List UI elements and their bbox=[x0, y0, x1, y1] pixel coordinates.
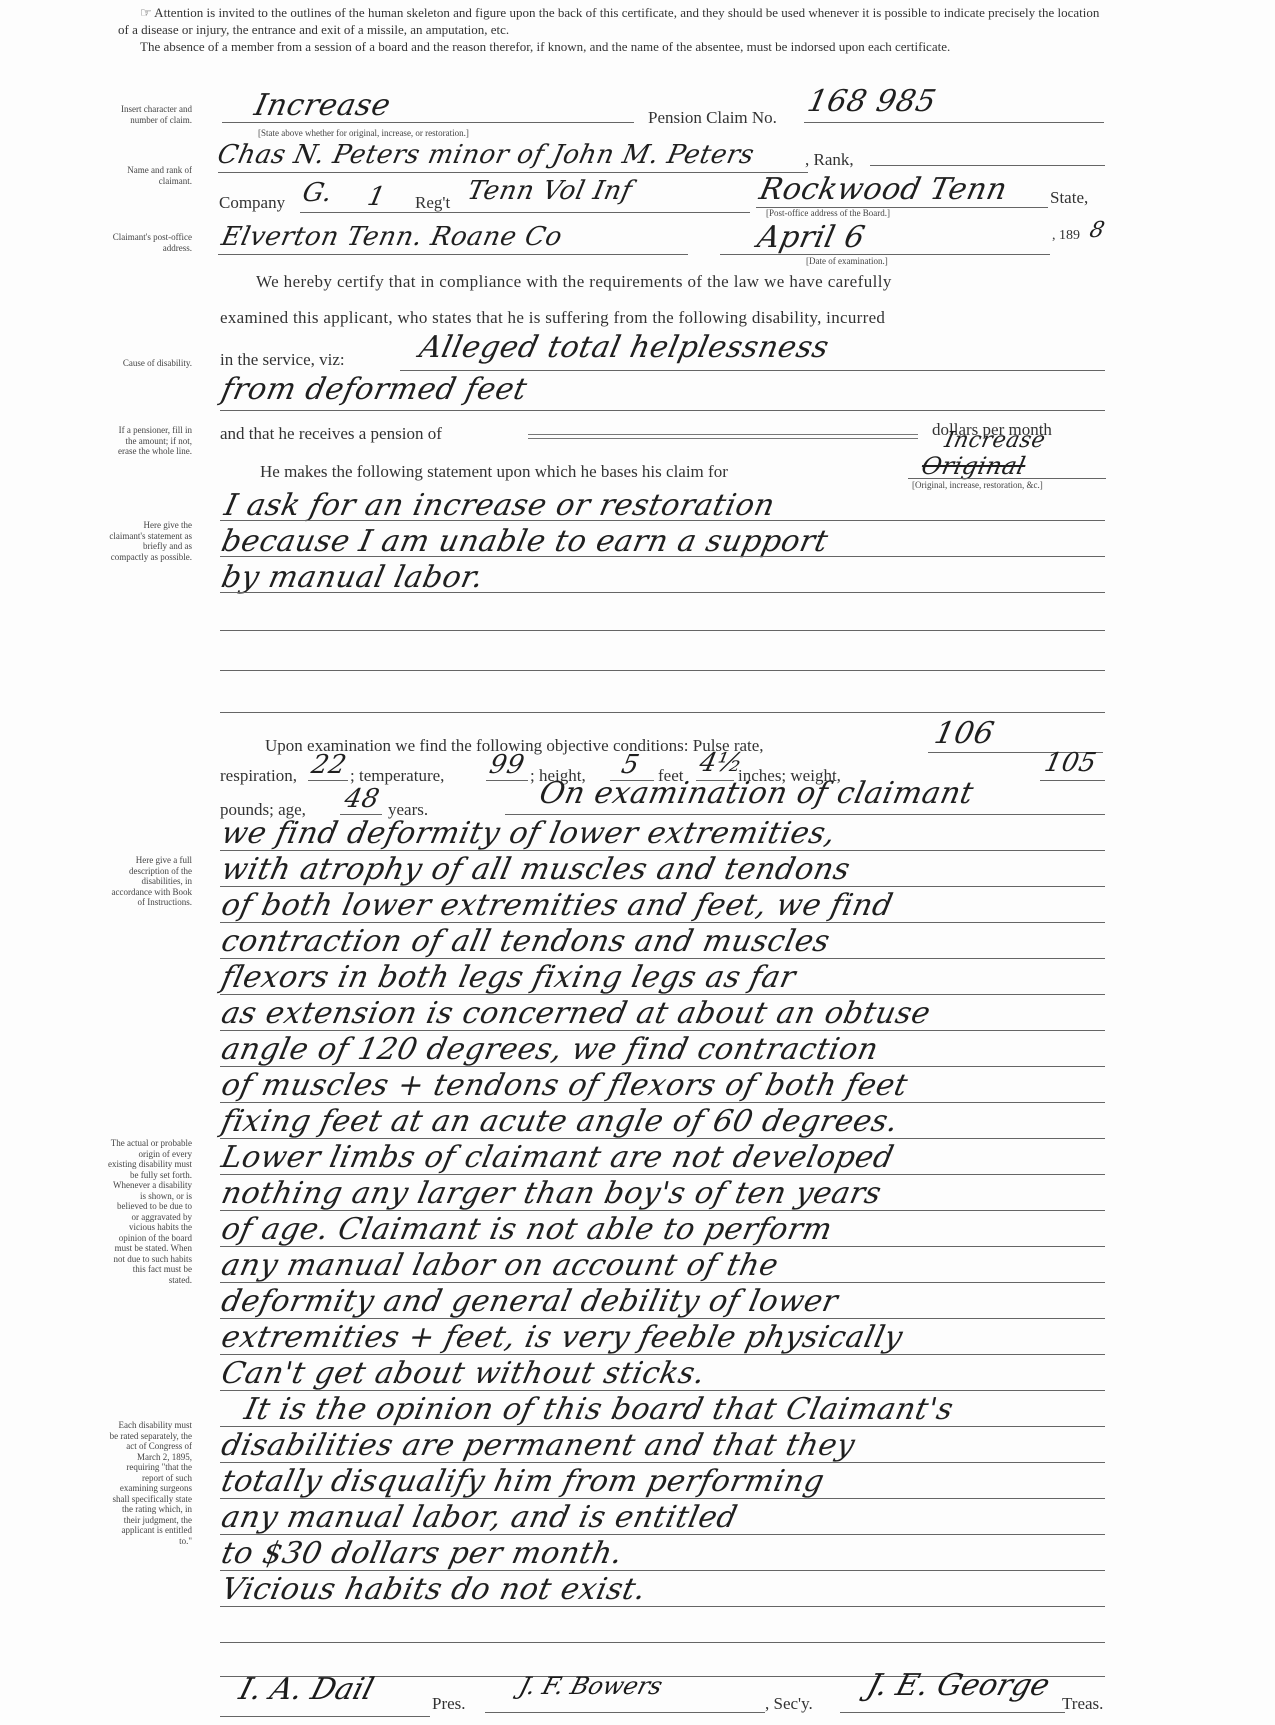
weight-rule bbox=[1040, 780, 1105, 781]
temperature-label: ; temperature, bbox=[350, 766, 444, 786]
treasurer-signature: J. E. George bbox=[863, 1668, 1053, 1703]
finding-line: deformity and general debility of lower bbox=[218, 1284, 841, 1319]
statement-rule bbox=[220, 670, 1105, 671]
finding-line: of both lower extremities and feet, we f… bbox=[218, 888, 896, 923]
pension-amount-rule bbox=[528, 434, 918, 439]
finding-line: extremities + feet, is very feeble physi… bbox=[218, 1320, 906, 1355]
weight-value: 105 bbox=[1042, 748, 1100, 778]
claim-basis-hint: [Original, increase, restoration, &c.] bbox=[912, 480, 1043, 490]
pulse-rate: 106 bbox=[931, 716, 997, 751]
attention-notice: ☞ Attention is invited to the outlines o… bbox=[118, 4, 1108, 55]
president-rule bbox=[220, 1716, 430, 1717]
finding-rule bbox=[220, 1426, 1105, 1427]
president-label: Pres. bbox=[432, 1694, 466, 1714]
respiration-value: 22 bbox=[309, 750, 349, 780]
board-address: Rockwood Tenn bbox=[756, 172, 1010, 207]
statement-rule bbox=[220, 556, 1105, 557]
finding-line: of age. Claimant is not able to perform bbox=[218, 1212, 835, 1247]
finding-rule bbox=[220, 994, 1105, 995]
disability-line1: Alleged total helplessness bbox=[416, 330, 832, 365]
claimant-name-rule bbox=[218, 172, 808, 173]
age-rule bbox=[340, 814, 382, 815]
finding-line: we find deformity of lower extremities, bbox=[218, 816, 839, 851]
statement-rule bbox=[220, 630, 1105, 631]
claimant-address-rule bbox=[218, 254, 688, 255]
claim-basis-rule bbox=[908, 478, 1106, 479]
temperature-value: 99 bbox=[487, 750, 527, 780]
finding-rule bbox=[220, 1498, 1105, 1499]
finding-rule bbox=[220, 1642, 1105, 1643]
statement-line: I ask for an increase or restoration bbox=[221, 488, 778, 523]
temperature-rule bbox=[486, 780, 528, 781]
findings-first: On examination of claimant bbox=[536, 776, 977, 811]
company-rule bbox=[300, 212, 750, 213]
finding-line: fixing feet at an acute angle of 60 degr… bbox=[218, 1104, 901, 1139]
finding-line: any manual labor, and is entitled bbox=[218, 1500, 740, 1535]
claim-type-rule bbox=[222, 122, 634, 123]
certification-line2: examined this applicant, who states that… bbox=[220, 308, 885, 328]
claim-basis-struck: Original bbox=[919, 452, 1028, 480]
margin-note-post-office: Claimant's post-office address. bbox=[108, 232, 192, 253]
finding-rule bbox=[220, 1462, 1105, 1463]
finding-line: of muscles + tendons of flexors of both … bbox=[218, 1068, 911, 1103]
claimant-address: Elverton Tenn. Roane Co bbox=[219, 222, 565, 252]
finding-line: It is the opinion of this board that Cla… bbox=[241, 1392, 956, 1427]
exam-date-rule bbox=[720, 254, 1050, 255]
pension-certificate-page: ☞ Attention is invited to the outlines o… bbox=[0, 0, 1275, 1725]
year-suffix: 8 bbox=[1087, 218, 1107, 243]
finding-line: nothing any larger than boy's of ten yea… bbox=[218, 1176, 884, 1211]
claim-basis-value: Increase bbox=[942, 428, 1047, 453]
president-signature: I. A. Dail bbox=[235, 1672, 377, 1707]
regiment-label: Reg't bbox=[415, 193, 450, 213]
finding-rule bbox=[220, 1174, 1105, 1175]
finding-line: any manual labor on account of the bbox=[218, 1248, 781, 1283]
secretary-label: , Sec'y. bbox=[765, 1694, 813, 1714]
margin-note-character: Insert character and number of claim. bbox=[108, 104, 192, 125]
finding-line: totally disqualify him from performing bbox=[218, 1464, 827, 1499]
respiration-rule bbox=[308, 780, 348, 781]
treasurer-label: Treas. bbox=[1062, 1694, 1103, 1714]
finding-line: contraction of all tendons and muscles bbox=[218, 924, 833, 959]
finding-line: Can't get about without sticks. bbox=[218, 1356, 708, 1391]
finding-line: angle of 120 degrees, we find contractio… bbox=[218, 1032, 881, 1067]
margin-note-cause: Cause of disability. bbox=[108, 358, 192, 369]
statement-label: He makes the following statement upon wh… bbox=[260, 462, 728, 482]
finding-rule bbox=[220, 922, 1105, 923]
board-address-hint: [Post-office address of the Board.] bbox=[766, 208, 890, 218]
finding-rule bbox=[220, 1318, 1105, 1319]
finding-rule bbox=[220, 1390, 1105, 1391]
finding-rule bbox=[220, 1246, 1105, 1247]
finding-rule bbox=[220, 850, 1105, 851]
notice-skeleton: ☞ Attention is invited to the outlines o… bbox=[118, 4, 1108, 38]
statement-line: by manual labor. bbox=[218, 560, 486, 595]
regiment-number: 1 bbox=[365, 182, 388, 212]
disability-line2: from deformed feet bbox=[218, 372, 530, 407]
service-label: in the service, viz: bbox=[220, 350, 345, 370]
treasurer-rule bbox=[840, 1712, 1065, 1713]
year-prefix: , 189 bbox=[1052, 228, 1080, 244]
margin-note-description: Here give a full description of the disa… bbox=[108, 855, 192, 908]
finding-line: flexors in both legs fixing legs as far bbox=[218, 960, 799, 995]
statement-rule bbox=[220, 712, 1105, 713]
finding-line: Vicious habits do not exist. bbox=[218, 1572, 649, 1607]
finding-line: to $30 dollars per month. bbox=[218, 1536, 626, 1571]
statement-rule bbox=[220, 592, 1105, 593]
rank-rule bbox=[870, 165, 1105, 166]
finding-rule bbox=[220, 1570, 1105, 1571]
age-value: 48 bbox=[342, 784, 382, 814]
company-label: Company bbox=[219, 193, 285, 213]
company-value: G. bbox=[300, 178, 335, 208]
finding-rule bbox=[220, 1354, 1105, 1355]
exam-date-hint: [Date of examination.] bbox=[806, 256, 888, 266]
margin-note-pensioner: If a pensioner, fill in the amount; if n… bbox=[108, 425, 192, 457]
statement-line: because I am unable to earn a support bbox=[218, 524, 831, 559]
finding-rule bbox=[220, 1066, 1105, 1067]
claim-type-hint: [State above whether for original, incre… bbox=[258, 128, 469, 138]
regiment-value: Tenn Vol Inf bbox=[465, 176, 635, 206]
notice-absence: The absence of a member from a session o… bbox=[118, 38, 1108, 55]
margin-note-statement: Here give the claimant's statement as br… bbox=[108, 520, 192, 562]
pension-claim-number: 168 985 bbox=[804, 84, 939, 119]
disability-rule2 bbox=[220, 410, 1105, 411]
margin-note-origin: The actual or probable origin of every e… bbox=[108, 1138, 192, 1285]
finding-rule bbox=[220, 1282, 1105, 1283]
finding-line: as extension is concerned at about an ob… bbox=[218, 996, 933, 1031]
secretary-rule bbox=[485, 1712, 765, 1713]
finding-rule bbox=[220, 1210, 1105, 1211]
finding-line: with atrophy of all muscles and tendons bbox=[218, 852, 853, 887]
finding-rule bbox=[220, 958, 1105, 959]
certification-line1: We hereby certify that in compliance wit… bbox=[256, 272, 892, 292]
exam-date: April 6 bbox=[754, 220, 868, 255]
finding-line: Lower limbs of claimant are not develope… bbox=[218, 1140, 897, 1175]
finding-rule bbox=[220, 1138, 1105, 1139]
respiration-label: respiration, bbox=[220, 766, 297, 786]
claimant-name: Chas N. Peters minor of John M. Peters bbox=[215, 140, 757, 170]
margin-note-name-rank: Name and rank of claimant. bbox=[108, 165, 192, 186]
statement-rule bbox=[220, 520, 1105, 521]
rank-label: , Rank, bbox=[805, 150, 854, 170]
pension-claim-label: Pension Claim No. bbox=[648, 108, 777, 128]
finding-rule bbox=[220, 1030, 1105, 1031]
finding-rule bbox=[220, 1606, 1105, 1607]
pension-label: and that he receives a pension of bbox=[220, 424, 442, 444]
finding-rule bbox=[220, 1102, 1105, 1103]
pension-claim-rule bbox=[804, 122, 1104, 123]
state-label: State, bbox=[1050, 188, 1088, 208]
margin-note-rating: Each disability must be rated separately… bbox=[108, 1420, 192, 1546]
finding-rule bbox=[220, 886, 1105, 887]
disability-rule1 bbox=[400, 370, 1105, 371]
secretary-signature: J. F. Bowers bbox=[516, 1672, 665, 1700]
finding-rule bbox=[220, 1534, 1105, 1535]
findings-rule bbox=[505, 814, 1105, 815]
claim-type-value: Increase bbox=[251, 88, 394, 123]
finding-line: disabilities are permanent and that they bbox=[218, 1428, 858, 1463]
